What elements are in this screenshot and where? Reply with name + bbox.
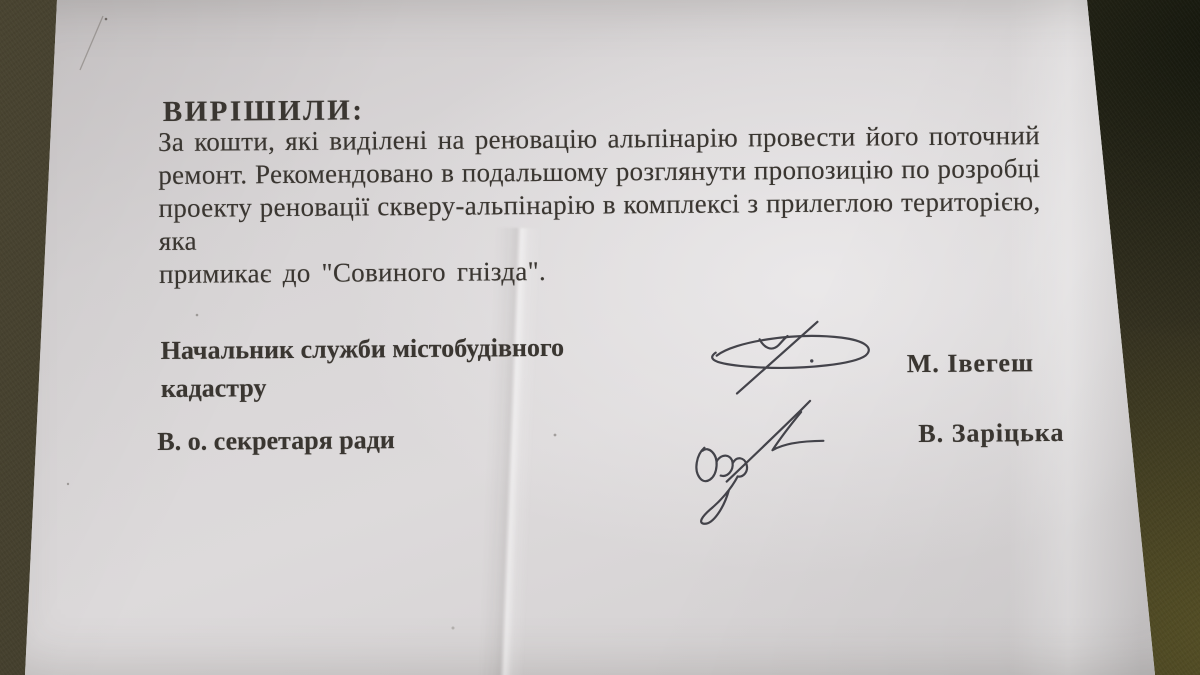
signatory-position-chief: Начальник служби містобудівного кадастру [161,328,612,408]
paragraph-line: проекту реновації скверу-альпінарію в ко… [158,185,1040,258]
signature-dot [810,359,813,362]
document-paper: ВИРІШИЛИ: За кошти, які виділені на рено… [0,0,1200,675]
photo-of-document: { "photo": { "colors": { "paper": "#d8d5… [0,0,1200,675]
signature-zaritska [680,397,851,528]
signature-stroke [701,476,738,523]
signatory-name-zaritska: В. Заріцька [918,416,1064,451]
signature-stroke [726,401,811,482]
signature-stroke [696,448,717,482]
signature-stroke [736,322,818,394]
signature-stroke [712,336,869,369]
decision-paragraph: За кошти, які виділені на реновацію альп… [158,119,1041,291]
signatory-name-ivegesh: М. Івегеш [907,346,1034,381]
signatory-position-secretary: В. о. секретаря ради [157,419,637,461]
paragraph-line: примикає до "Совиного гнізда". [159,251,1041,291]
document-content: ВИРІШИЛИ: За кошти, які виділені на рено… [0,0,1200,675]
signature-ivegesh [689,314,890,408]
